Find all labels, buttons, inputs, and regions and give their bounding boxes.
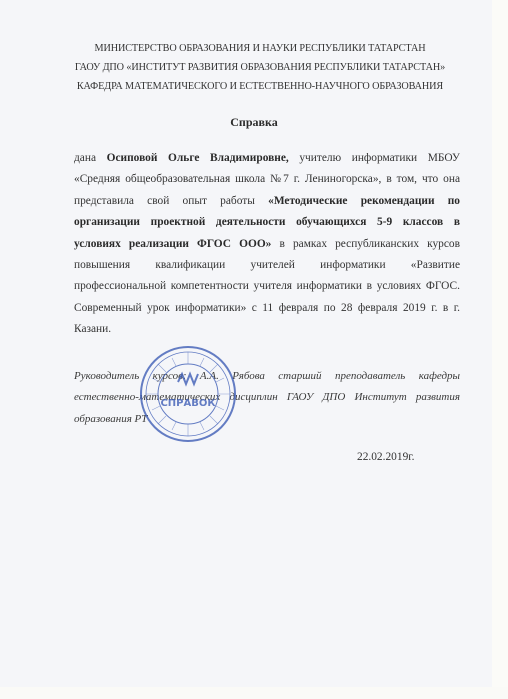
header-ministry: МИНИСТЕРСТВО ОБРАЗОВАНИЯ И НАУКИ РЕСПУБЛ… [40, 43, 480, 54]
scanned-page [0, 0, 492, 687]
recipient-name: Осиповой Ольге Владимировне, [107, 152, 289, 164]
header-institute: ГАОУ ДПО «ИНСТИТУТ РАЗВИТИЯ ОБРАЗОВАНИЯ … [40, 62, 480, 73]
body-end: в рамках республиканских курсов повышени… [74, 238, 460, 336]
scan-edge-bottom [0, 687, 508, 699]
document-date: 22.02.2019г. [357, 451, 415, 463]
scan-edge-right [492, 0, 508, 699]
signature-block: Руководитель курсов: А.А. Рябова старший… [74, 366, 460, 430]
body-intro: дана [74, 152, 107, 164]
document-title: Справка [0, 115, 508, 130]
document-body: дана Осиповой Ольге Владимировне, учител… [74, 148, 460, 341]
header-department: КАФЕДРА МАТЕМАТИЧЕСКОГО И ЕСТЕСТВЕННО-НА… [40, 81, 480, 92]
